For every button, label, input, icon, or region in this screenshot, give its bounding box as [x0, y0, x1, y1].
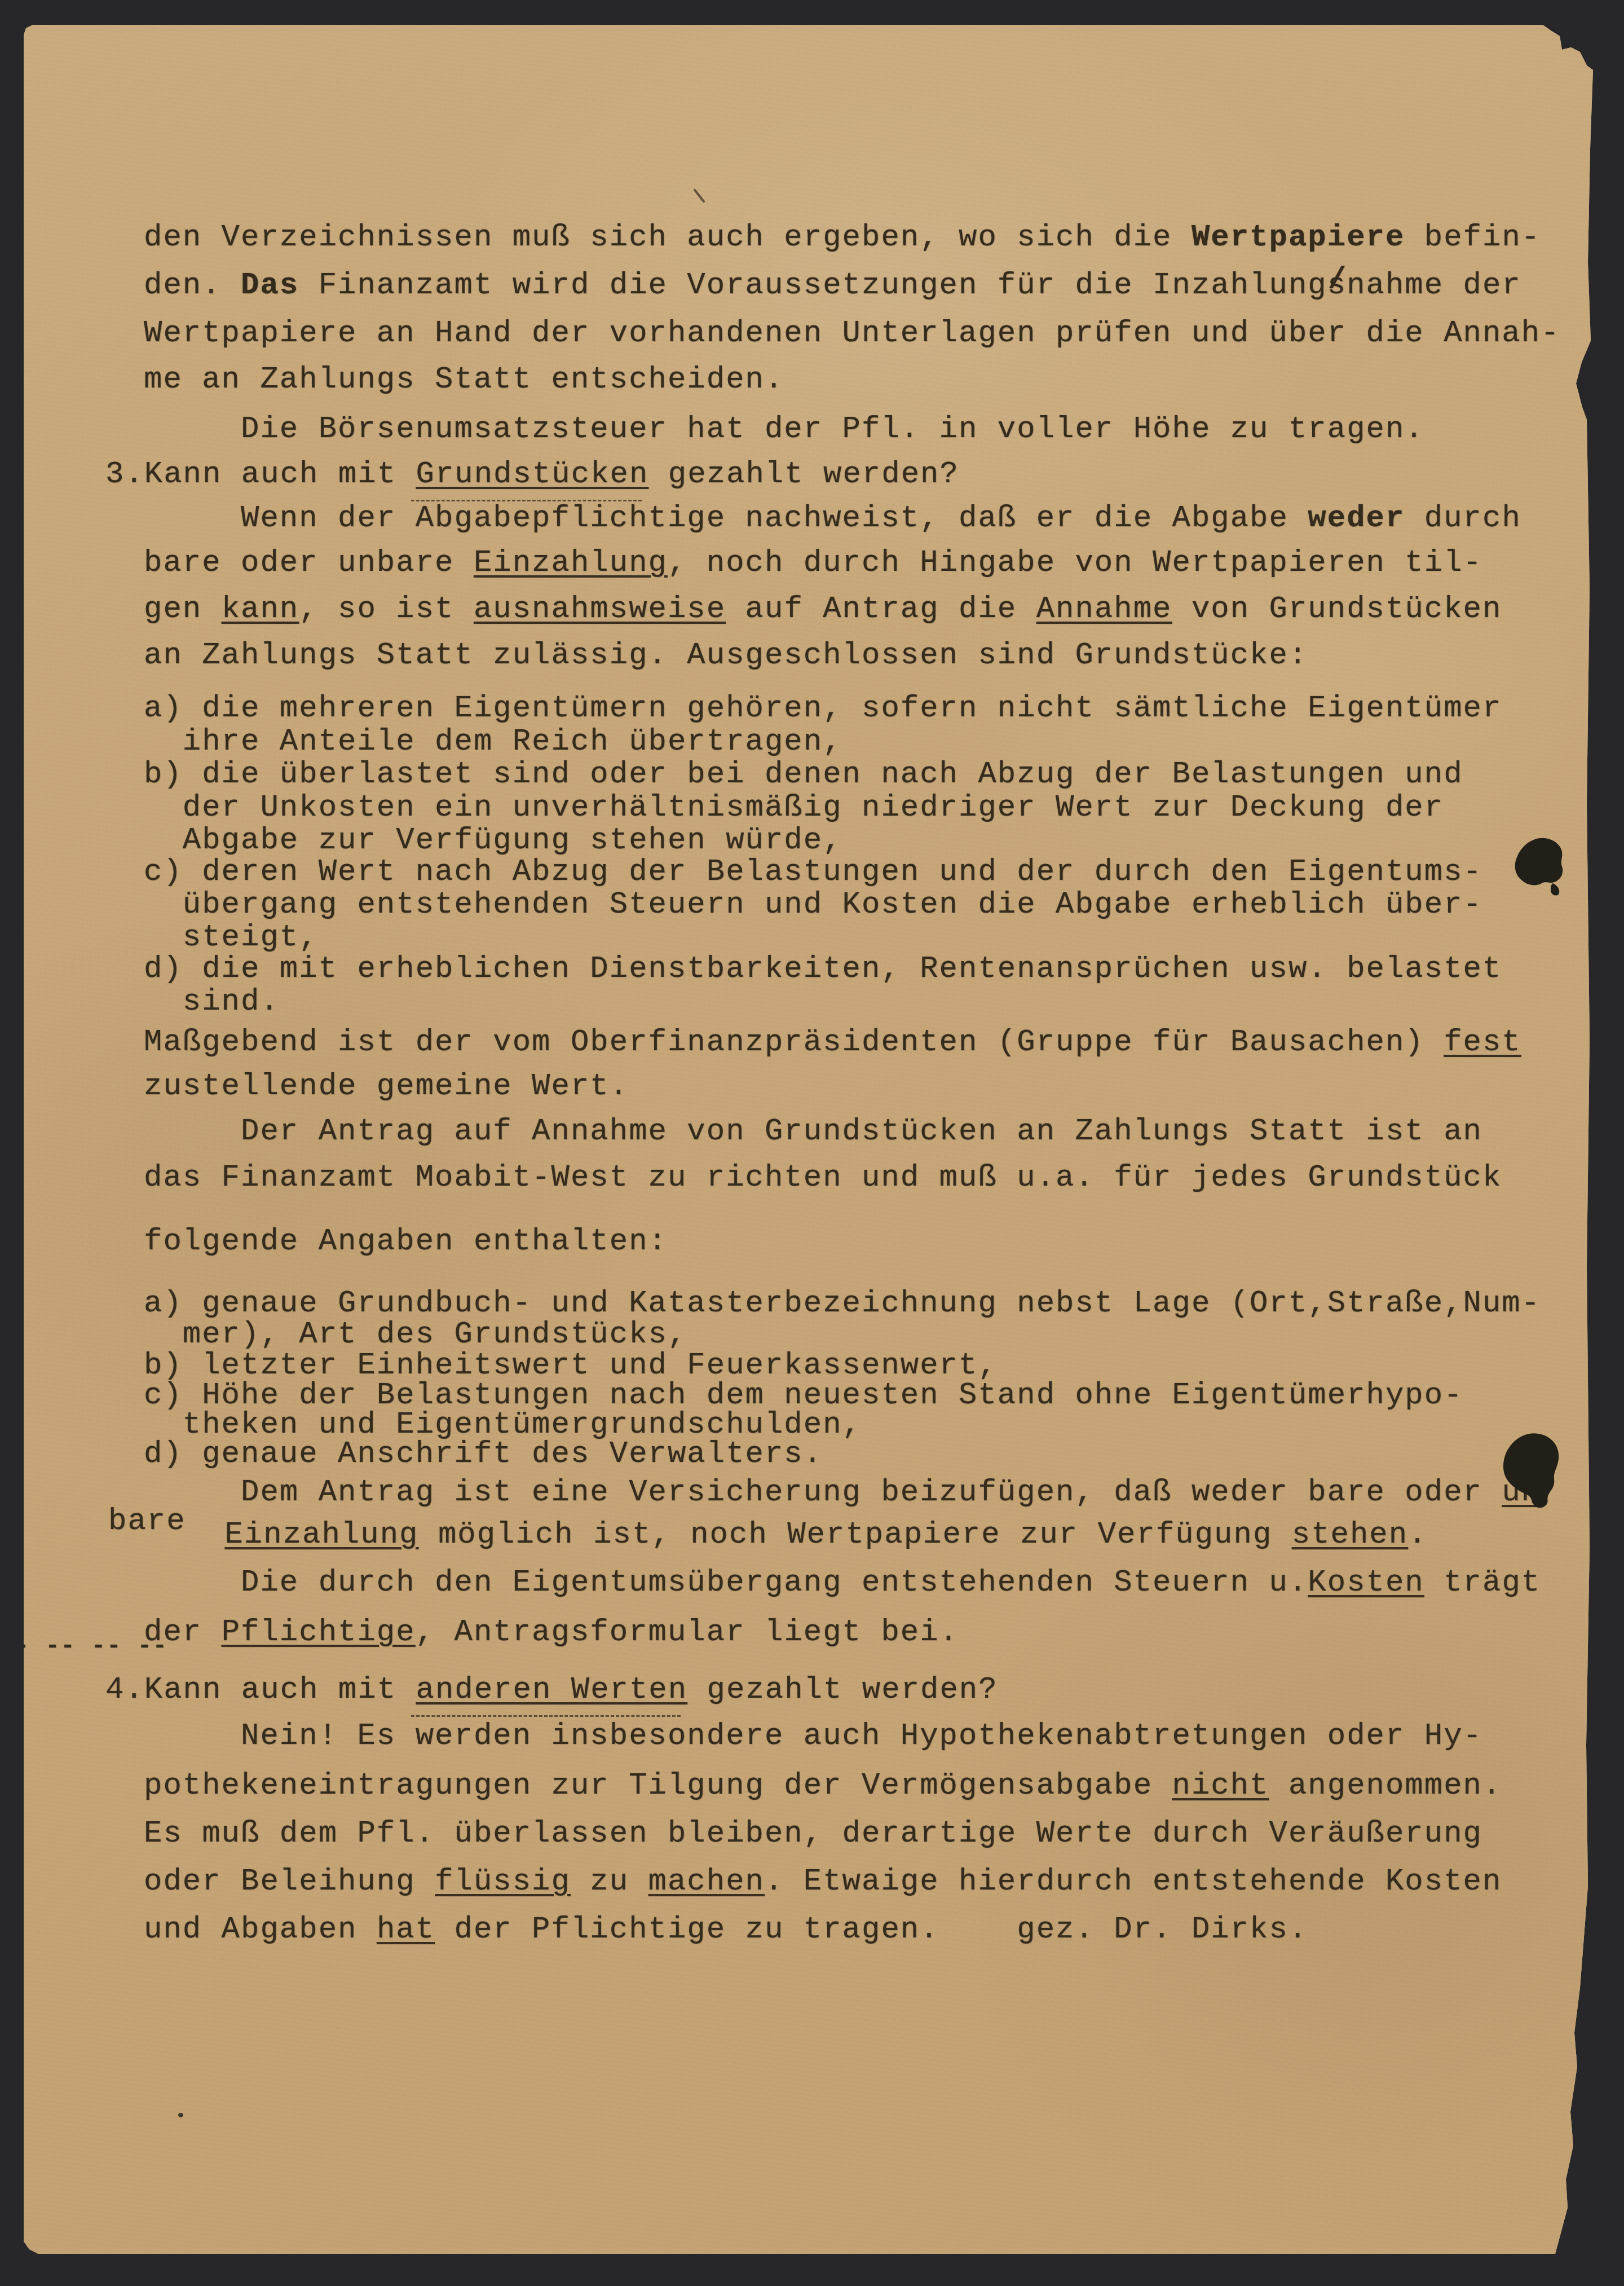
- text-segment: stehen: [1292, 1518, 1408, 1552]
- list-item-d: d) die mit erheblichen Dienstbarkeiten, …: [144, 954, 1502, 985]
- document-body: den Verzeichnissen muß sich auch ergeben…: [24, 25, 1593, 2254]
- text-segment: me an Zahlungs Statt entscheiden.: [144, 363, 784, 397]
- list-item-b: b) letzter Einheitswert und Feuerkassenw…: [144, 1351, 998, 1381]
- text-segment: nahme der: [1347, 268, 1521, 303]
- text-segment: Die durch den Eigentumsübergang entstehe…: [144, 1566, 1308, 1600]
- text-segment: b) letzter Einheitswert und Feuerkassenw…: [144, 1349, 998, 1383]
- text-line: Wenn der Abgabepflichtige nachweist, daß…: [144, 504, 1521, 534]
- text-segment: Die Börsenumsatzsteuer hat der Pfl. in v…: [144, 412, 1424, 447]
- text-segment: Das: [241, 268, 299, 303]
- text-segment: befin-: [1405, 221, 1541, 255]
- text-segment: kann: [222, 592, 299, 627]
- text-segment: übergang entstehenden Steuern und Kosten…: [144, 888, 1482, 922]
- text-segment: und Abgaben: [144, 1913, 377, 1947]
- text-segment: ausnahmsweise: [474, 592, 726, 627]
- text-line-with-margin-insert: bare Einzahlung möglich ist, noch Wertpa…: [108, 1520, 1428, 1551]
- text-segment: Einzahlung: [474, 546, 668, 580]
- text-segment: s: [1327, 271, 1347, 301]
- text-line: Die durch den Eigentumsübergang entstehe…: [144, 1568, 1541, 1598]
- text-segment: den.: [144, 268, 241, 303]
- text-segment: bare oder unbare: [144, 546, 474, 580]
- text-segment: möglich ist, noch Wertpapiere zur Verfüg…: [419, 1518, 1292, 1552]
- text-line: me an Zahlungs Statt entscheiden.: [144, 365, 784, 395]
- text-segment: 4.Kann auch mit: [105, 1673, 416, 1707]
- text-segment: , so ist: [299, 592, 474, 627]
- text-segment: Abgabe zur Verfügung stehen würde,: [144, 823, 842, 858]
- text-line: Es muß dem Pfl. überlassen bleiben, dera…: [144, 1819, 1482, 1849]
- text-segment: auf Antrag die: [726, 592, 1036, 627]
- text-segment: . Etwaige hierdurch entstehende Kosten: [765, 1865, 1502, 1899]
- list-item-c-cont: steigt,: [144, 923, 319, 953]
- text-segment: gen: [144, 592, 222, 627]
- text-segment: un: [1502, 1475, 1541, 1510]
- text-segment: nicht: [1172, 1769, 1269, 1803]
- text-line: das Finanzamt Moabit-West zu richten und…: [144, 1163, 1502, 1193]
- paper-speck: [178, 2113, 183, 2117]
- text-segment: der Unkosten ein unverhältnismäßig niedr…: [144, 791, 1444, 825]
- text-segment: mer), Art des Grundstücks,: [144, 1318, 687, 1352]
- list-item-b-cont: Abgabe zur Verfügung stehen würde,: [144, 826, 842, 856]
- text-segment: steigt,: [144, 920, 319, 955]
- text-segment: c) deren Wert nach Abzug der Belastungen…: [144, 855, 1482, 889]
- text-line: bare oder unbare Einzahlung, noch durch …: [144, 548, 1482, 579]
- text-segment: Pflichtige: [222, 1615, 416, 1650]
- paper-sheet: den Verzeichnissen muß sich auch ergeben…: [24, 25, 1593, 2254]
- text-segment: Wertpapiere an Hand der vorhandenen Unte…: [144, 316, 1560, 351]
- text-segment: anderen Werten: [416, 1673, 687, 1707]
- text-segment: fest: [1444, 1025, 1521, 1060]
- text-segment: Finanzamt wird die Voraussetzungen für d…: [299, 268, 1327, 303]
- list-item-a-cont: mer), Art des Grundstücks,: [144, 1320, 687, 1350]
- text-line: den Verzeichnissen muß sich auch ergeben…: [144, 223, 1541, 253]
- text-segment: b) die überlastet sind oder bei denen na…: [144, 757, 1463, 792]
- text-segment: weder: [1308, 501, 1405, 536]
- text-line: Der Antrag auf Annahme von Grundstücken …: [144, 1117, 1482, 1147]
- text-segment: Annahme: [1036, 592, 1172, 627]
- text-line: oder Beleihung flüssig zu machen. Etwaig…: [144, 1867, 1502, 1897]
- list-item-c-cont: übergang entstehenden Steuern und Kosten…: [144, 890, 1482, 920]
- text-segment: a) die mehreren Eigentümern gehören, sof…: [144, 691, 1502, 726]
- text-segment: pothekeneintragungen zur Tilgung der Ver…: [144, 1769, 1172, 1803]
- text-segment: angenommen.: [1269, 1769, 1502, 1803]
- text-line: den. Das Finanzamt wird die Voraussetzun…: [144, 271, 1521, 301]
- text-segment: flüssig: [435, 1865, 571, 1899]
- text-segment: trägt: [1424, 1566, 1541, 1600]
- text-segment: a) genaue Grundbuch- und Katasterbezeich…: [144, 1287, 1541, 1321]
- text-segment: machen: [648, 1865, 765, 1899]
- text-segment: an Zahlungs Statt zulässig. Ausgeschloss…: [144, 638, 1308, 673]
- text-segment: Grundstücken: [416, 457, 648, 492]
- text-segment: zustellende gemeine Wert.: [144, 1069, 629, 1104]
- text-segment: Maßgebend ist der vom Oberfinanzpräsiden…: [144, 1025, 1444, 1060]
- list-item-c: c) deren Wert nach Abzug der Belastungen…: [144, 857, 1482, 888]
- text-segment: , Antragsformular liegt bei.: [416, 1615, 959, 1650]
- question-4-heading: 4.Kann auch mit anderen Werten gezahlt w…: [105, 1675, 998, 1706]
- text-segment: , noch durch Hingabe von Wertpapieren ti…: [668, 546, 1482, 580]
- text-segment: Nein! Es werden insbesondere auch Hypoth…: [144, 1719, 1482, 1754]
- list-item-d: d) genaue Anschrift des Verwalters.: [144, 1439, 823, 1470]
- text-segment: Wenn der Abgabepflichtige nachweist, daß…: [144, 501, 1308, 536]
- text-segment: Kosten: [1308, 1566, 1424, 1600]
- text-segment: der Pflichtige zu tragen. gez. Dr. Dirks…: [435, 1913, 1308, 1947]
- text-line: Wertpapiere an Hand der vorhandenen Unte…: [144, 319, 1560, 349]
- text-segment: zu: [571, 1865, 648, 1899]
- text-segment: hat: [377, 1913, 435, 1947]
- list-item-b-cont: der Unkosten ein unverhältnismäßig niedr…: [144, 793, 1444, 823]
- margin-dash-mark: - -- -- --: [15, 1630, 168, 1660]
- text-segment: ihre Anteile dem Reich übertragen,: [144, 725, 842, 759]
- text-segment: den Verzeichnissen muß sich auch ergeben…: [144, 221, 1191, 255]
- text-segment: durch: [1405, 501, 1521, 536]
- list-item-a: a) genaue Grundbuch- und Katasterbezeich…: [144, 1289, 1541, 1319]
- text-line: folgende Angaben enthalten:: [144, 1227, 668, 1257]
- text-segment: oder Beleihung: [144, 1865, 435, 1899]
- text-segment: sind.: [144, 985, 280, 1019]
- text-segment: von Grundstücken: [1172, 592, 1502, 627]
- text-line: an Zahlungs Statt zulässig. Ausgeschloss…: [144, 641, 1308, 671]
- text-segment: [186, 1518, 225, 1552]
- text-segment: - -- -- --: [15, 1633, 168, 1660]
- text-segment: gezahlt werden?: [648, 457, 959, 492]
- text-segment: das Finanzamt Moabit-West zu richten und…: [144, 1161, 1502, 1195]
- text-line: Dem Antrag ist eine Versicherung beizufü…: [144, 1478, 1541, 1508]
- text-segment: gezahlt werden?: [687, 1673, 998, 1707]
- text-segment: folgende Angaben enthalten:: [144, 1225, 668, 1259]
- list-item-c-cont: theken und Eigentümergrundschulden,: [144, 1410, 862, 1441]
- text-line: zustellende gemeine Wert.: [144, 1072, 629, 1102]
- text-line: gen kann, so ist ausnahmsweise auf Antra…: [144, 594, 1502, 625]
- list-item-a-cont: ihre Anteile dem Reich übertragen,: [144, 727, 842, 757]
- text-line: der Pflichtige, Antragsformular liegt be…: [144, 1618, 959, 1648]
- list-item-c: c) Höhe der Belastungen nach dem neueste…: [144, 1381, 1463, 1411]
- text-line-with-signature: und Abgaben hat der Pflichtige zu tragen…: [144, 1915, 1308, 1945]
- text-line: pothekeneintragungen zur Tilgung der Ver…: [144, 1771, 1502, 1802]
- text-line: Maßgebend ist der vom Oberfinanzpräsiden…: [144, 1028, 1521, 1058]
- list-item-a: a) die mehreren Eigentümern gehören, sof…: [144, 694, 1502, 724]
- text-segment: Der Antrag auf Annahme von Grundstücken …: [144, 1115, 1482, 1149]
- text-segment: Wertpapiere: [1191, 221, 1405, 255]
- text-segment: Dem Antrag ist eine Versicherung beizufü…: [144, 1475, 1502, 1510]
- text-segment: d) genaue Anschrift des Verwalters.: [144, 1437, 823, 1472]
- list-item-b: b) die überlastet sind oder bei denen na…: [144, 760, 1463, 790]
- text-segment: Es muß dem Pfl. überlassen bleiben, dera…: [144, 1817, 1482, 1851]
- text-line: Die Börsenumsatzsteuer hat der Pfl. in v…: [144, 415, 1424, 445]
- text-segment: Einzahlung: [224, 1518, 418, 1552]
- text-segment: bare: [108, 1507, 186, 1537]
- text-line: Nein! Es werden insbesondere auch Hypoth…: [144, 1721, 1482, 1752]
- text-segment: .: [1408, 1518, 1427, 1552]
- question-3-heading: 3.Kann auch mit Grundstücken gezahlt wer…: [105, 460, 959, 490]
- text-segment: d) die mit erheblichen Dienstbarkeiten, …: [144, 952, 1502, 986]
- text-segment: 3.Kann auch mit: [105, 457, 416, 492]
- list-item-d-cont: sind.: [144, 987, 280, 1018]
